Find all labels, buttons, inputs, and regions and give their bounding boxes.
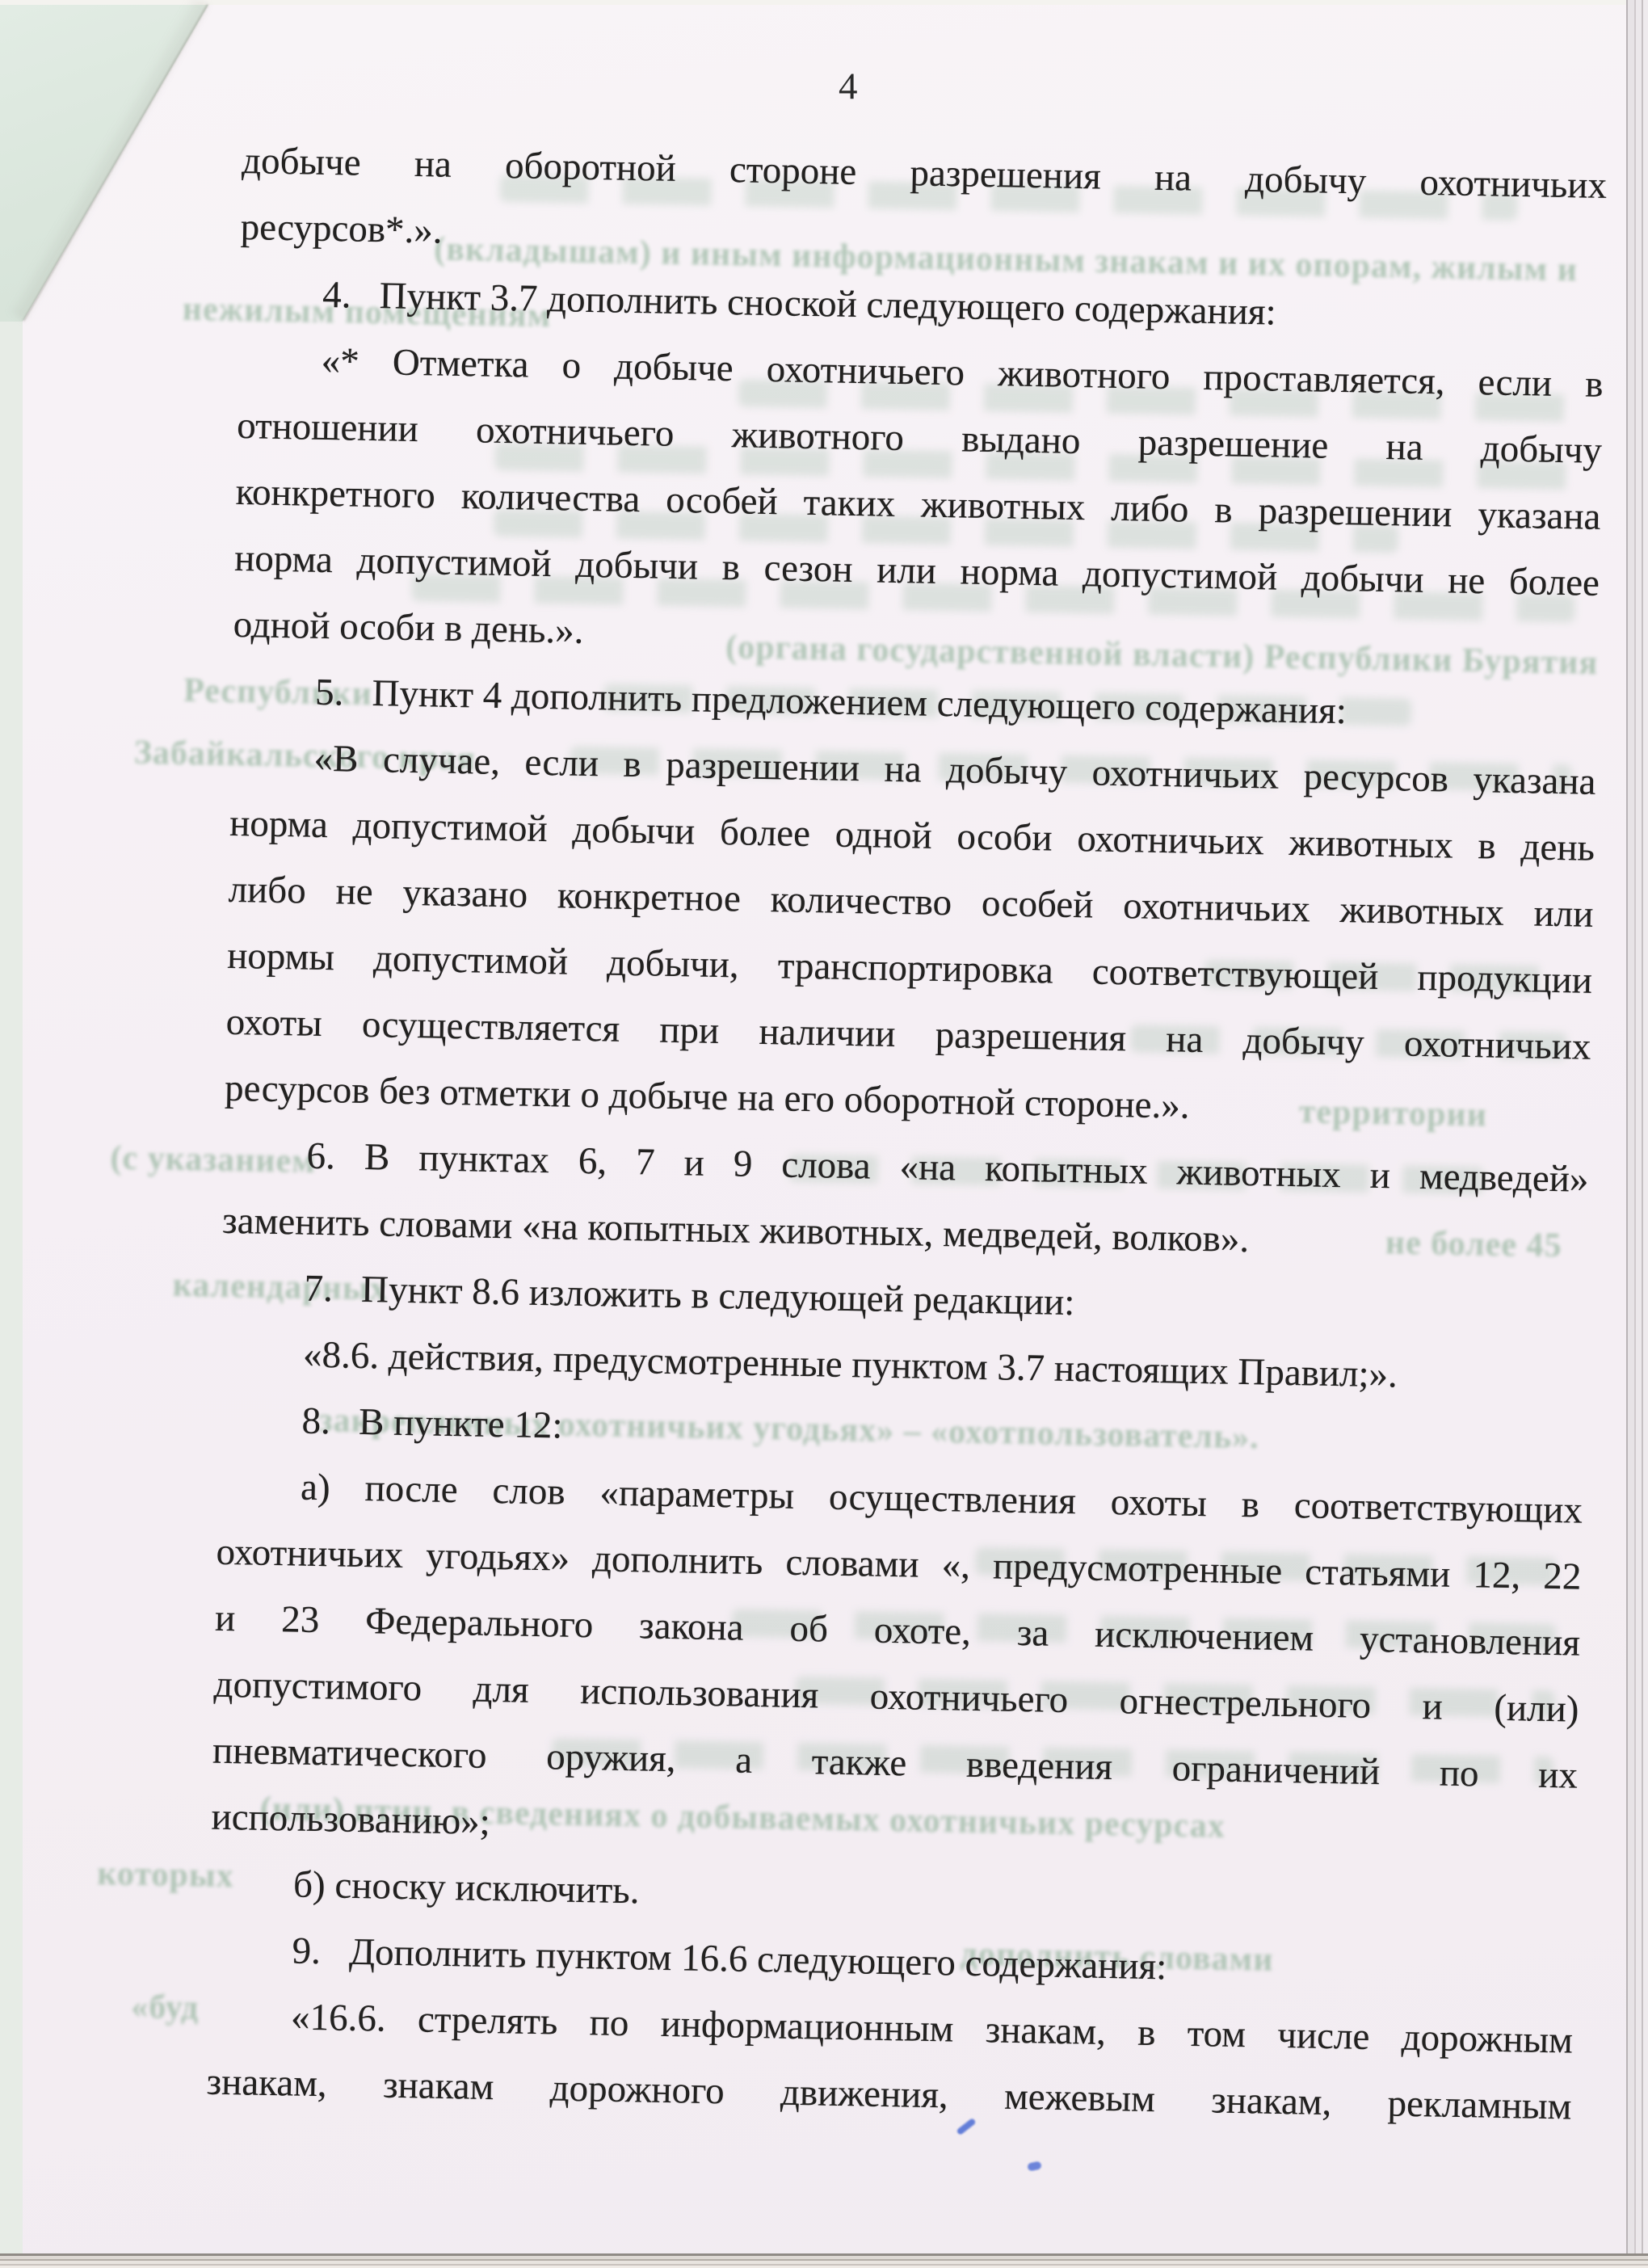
- page-number: 4: [839, 65, 858, 108]
- paper-stack-bottom-edge: [0, 2253, 1648, 2268]
- scan-canvas: 4 (вкладышам) и иным информационным знак…: [0, 0, 1648, 2268]
- showthrough-text-line: «буд: [131, 1989, 200, 2026]
- document-text-block: (вкладышам) и иным информационным знакам…: [205, 128, 1608, 2173]
- scanner-backing-left-strip: [0, 322, 24, 2254]
- document-lines: добыче на оборотной стороне разрешения н…: [206, 128, 1608, 2140]
- paper-stack-right-edge: [1626, 0, 1648, 2268]
